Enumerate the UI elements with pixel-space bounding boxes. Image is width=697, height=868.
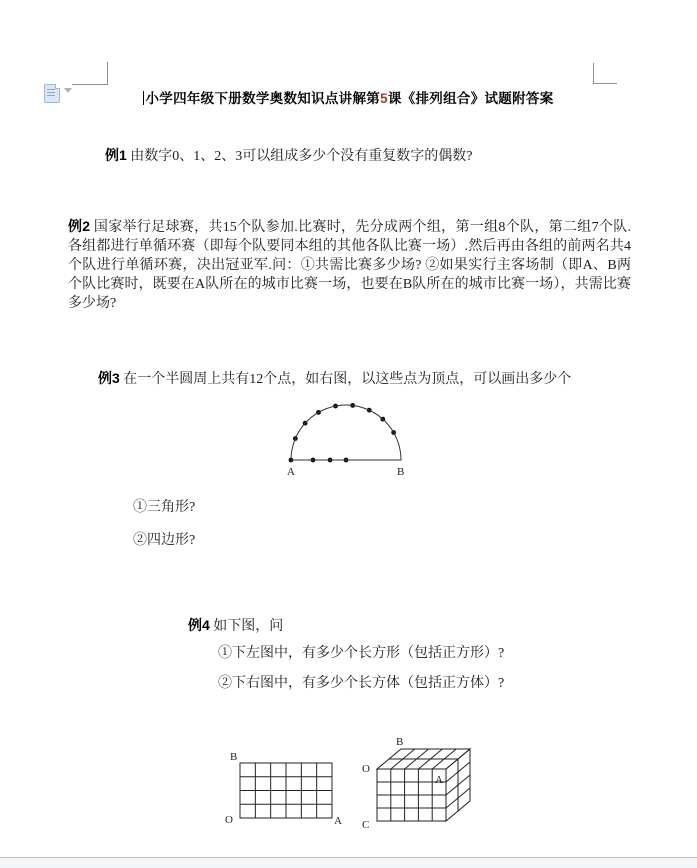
problem-3: 例3 在一个半圆周上共有12个点，如右图，以这些点为顶点，可以画出多少个 — [98, 369, 571, 389]
title-suffix: 课《排列组合》试题附答案 — [388, 91, 554, 106]
margin-mark-top-right — [593, 63, 617, 84]
title-prefix: 小学四年级下册数学奥数知识点讲解第 — [145, 91, 380, 106]
problem-4-q1: ①下左图中，有多少个长方形（包括正方形）? — [218, 644, 504, 663]
cuboid-figure: B O A C — [360, 733, 495, 840]
semicircle-label-b: B — [397, 466, 404, 478]
problem-1-text: 由数字0、1、2、3可以组成多少个没有重复数字的偶数? — [130, 149, 472, 164]
cuboid-label-c: C — [362, 819, 369, 831]
problem-4-label: 例4 — [188, 617, 210, 633]
grid-figure: B O A — [222, 745, 347, 835]
title-lesson-number: 5 — [380, 91, 388, 106]
cuboid-label-o: O — [362, 763, 370, 775]
problem-4: 例4 如下图，问 — [188, 616, 283, 636]
problem-3-q1: ①三角形? — [133, 498, 195, 517]
problem-3-q2: ②四边形? — [133, 531, 195, 550]
document-page: 小学四年级下册数学奥数知识点讲解第5课《排列组合》试题附答案 例1 由数字0、1… — [0, 0, 697, 868]
semicircle-figure: A B — [278, 398, 423, 488]
page-gap — [0, 858, 697, 868]
problem-4-text: 如下图，问 — [213, 619, 283, 634]
problem-2: 例2 国家举行足球赛，共15个队参加.比赛时，先分成两个组，第一组8个队，第二组… — [68, 217, 631, 313]
margin-mark-top-left — [72, 62, 108, 85]
problem-1-label: 例1 — [105, 147, 127, 163]
problem-4-q2: ②下右图中，有多少个长方体（包括正方体）? — [218, 674, 504, 693]
grid-drawing: B O A — [222, 745, 347, 830]
semicircle-label-a: A — [287, 466, 295, 478]
problem-2-label: 例2 — [68, 218, 90, 234]
grid-label-a: A — [334, 815, 342, 827]
cuboid-label-b: B — [396, 736, 403, 748]
grid-label-o: O — [225, 814, 233, 826]
problem-1: 例1 由数字0、1、2、3可以组成多少个没有重复数字的偶数? — [105, 146, 473, 166]
cuboid-label-a: A — [435, 774, 443, 786]
document-title: 小学四年级下册数学奥数知识点讲解第5课《排列组合》试题附答案 — [0, 87, 697, 107]
semicircle-drawing: A B — [278, 398, 423, 483]
problem-3-text: 在一个半圆周上共有12个点，如右图，以这些点为顶点，可以画出多少个 — [123, 372, 571, 387]
grid-label-b: B — [230, 751, 237, 763]
problem-3-label: 例3 — [98, 370, 120, 386]
cuboid-drawing: B O A C — [360, 733, 495, 835]
problem-2-text: 国家举行足球赛，共15个队参加.比赛时，先分成两个组，第一组8个队，第二组7个队… — [68, 220, 631, 311]
